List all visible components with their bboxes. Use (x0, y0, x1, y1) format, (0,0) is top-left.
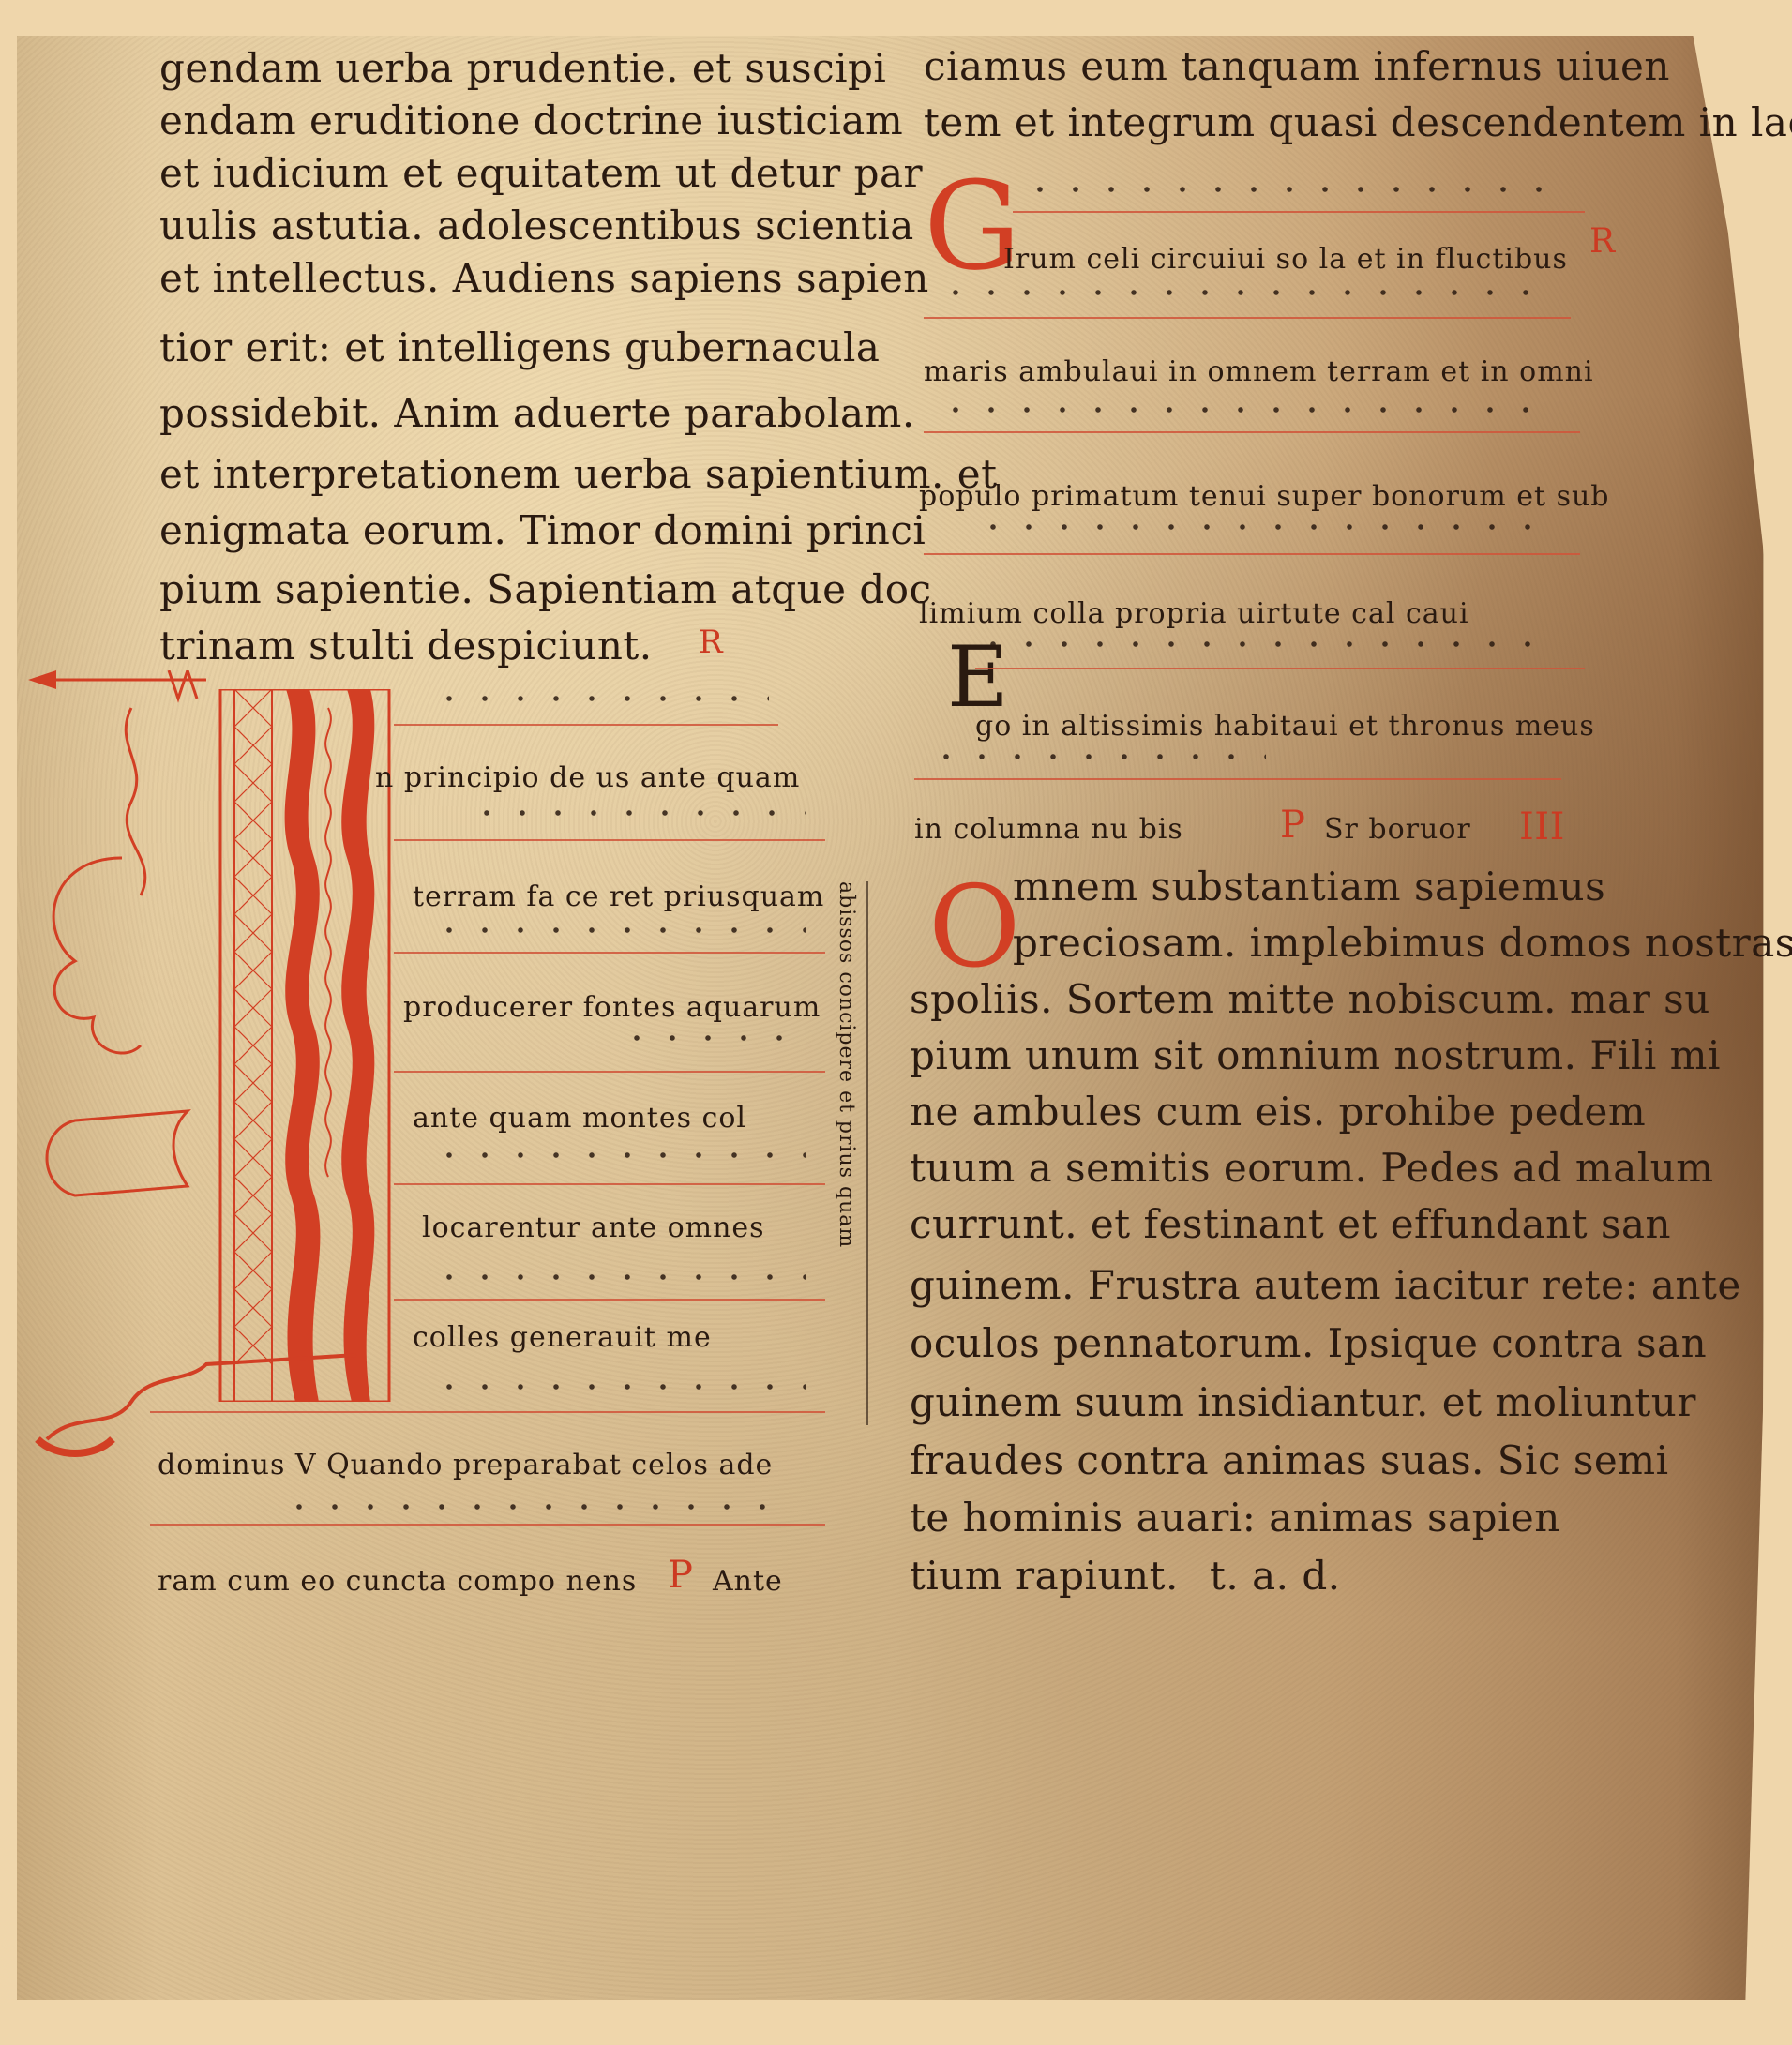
right-prose-line: te hominis auari: animas sapien (910, 1498, 1560, 1538)
right-prose-line: fraudes contra animas suas. Sic semi (910, 1441, 1669, 1481)
staff-line (975, 668, 1585, 669)
rubric-prosa-mark: P (668, 1556, 693, 1594)
left-prose-line: uulis astutia. adolescentibus scientia (159, 206, 914, 246)
right-prose-line: spoliis. Sortem mitte nobiscum. mar su (910, 980, 1710, 1019)
left-prose-line: endam eruditione doctrine iusticiam (159, 101, 903, 141)
right-prose-line: tuum a semitis eorum. Pedes ad malum (910, 1149, 1714, 1188)
right-prose-line: ne ambules cum eis. prohibe pedem (910, 1092, 1646, 1132)
chant-text-line: n principio de us ante quam (375, 764, 800, 792)
right-prose-line: tium rapiunt. (910, 1556, 1179, 1596)
staff-line (394, 952, 825, 954)
chant-text-line: in columna nu bis (914, 816, 1183, 844)
margin-note: abissos concipere et prius quam (835, 881, 858, 1248)
neumes (1022, 183, 1566, 211)
staff-line (924, 553, 1580, 555)
neumes (431, 924, 806, 952)
right-prose-line: pium unum sit omnium nostrum. Fili mi (910, 1036, 1721, 1075)
rubric-responsory-mark: R (699, 626, 723, 658)
staff-line (394, 1299, 825, 1301)
left-prose-line: tior erit: et intelligens gubernacula (159, 328, 880, 368)
left-prose-line: et interpretationem uerba sapientium. et (159, 455, 998, 494)
chant-text-line: populo primatum tenui super bonorum et s… (919, 483, 1610, 511)
staff-line (394, 839, 825, 841)
chant-text-line: ante quam montes col (413, 1105, 746, 1133)
lesson-number: III (1519, 808, 1565, 846)
staff-line (914, 778, 1561, 780)
staff-line (924, 317, 1571, 319)
neumes (975, 638, 1538, 666)
neumes (469, 806, 806, 835)
right-prose-line: ciamus eum tanquam infernus uiuen (924, 47, 1670, 86)
right-prose-line: oculos pennatorum. Ipsique contra san (910, 1324, 1707, 1363)
neumes (938, 286, 1557, 314)
neumes (431, 1149, 806, 1177)
lesson-initial-o: O (928, 863, 1020, 993)
left-prose-line: et iudicium et equitatem ut detur par (159, 154, 923, 193)
chant-text-line: terram fa ce ret priusquam (413, 883, 824, 911)
initial-flourish-ornament (19, 670, 431, 1496)
left-prose-line: enigmata eorum. Timor domini princi (159, 511, 926, 550)
neumes (431, 1380, 806, 1408)
chant-initial-g: G (924, 155, 1021, 297)
rubric-prosa-mark: P (1280, 806, 1305, 844)
cue-text: Sr boruor (1324, 816, 1471, 844)
staff-line (394, 1071, 825, 1073)
chant-text-line: limium colla propria uirtute cal caui (919, 600, 1469, 628)
right-prose-line: guinem suum insidiantur. et moliuntur (910, 1383, 1696, 1422)
chant-text-line: maris ambulaui in omnem terram et in omn… (924, 358, 1594, 386)
right-prose-line: tem et integrum quasi descendentem in la… (924, 103, 1792, 143)
neumes (928, 750, 1266, 778)
cue-text: Ante (713, 1568, 783, 1596)
left-prose-line: et intellectus. Audiens sapiens sapien (159, 259, 929, 298)
staff-line (150, 1411, 825, 1413)
right-prose-line: mnem substantiam sapiemus (1013, 867, 1605, 907)
staff-line (394, 724, 778, 726)
neumes (431, 1271, 806, 1299)
neumes (431, 692, 769, 720)
neumes (619, 1031, 806, 1060)
staff-line (1013, 211, 1585, 213)
chant-text-line: Irum celi circuiui so la et in fluctibus (1003, 246, 1568, 274)
chant-text-line: producerer fontes aquarum (403, 994, 821, 1022)
staff-line (924, 431, 1580, 433)
right-prose-line: preciosam. implebimus domos nostras (1013, 924, 1792, 963)
rubric-responsory-mark: R (1589, 225, 1616, 259)
chant-text-line: go in altissimis habitaui et thronus meu… (975, 713, 1595, 741)
chant-text-line: ram cum eo cuncta compo nens (158, 1568, 637, 1596)
staff-line (394, 1183, 825, 1185)
left-prose-line: possidebit. Anim aduerte parabolam. (159, 394, 915, 433)
left-prose-line: pium sapientie. Sapientiam atque doc (159, 570, 932, 609)
left-prose-line: gendam uerba prudentie. et suscipi (159, 49, 886, 88)
chant-text-line: dominus V Quando preparabat celos ade (158, 1451, 773, 1480)
neumes (281, 1500, 769, 1528)
chant-text-line: locarentur ante omnes (422, 1214, 765, 1242)
column-divider (866, 881, 868, 1425)
closing-cue: t. a. d. (1210, 1556, 1341, 1596)
neumes (975, 520, 1557, 549)
neumes (938, 403, 1557, 431)
chant-text-line: colles generauit me (413, 1324, 712, 1352)
right-prose-line: currunt. et festinant et effundant san (910, 1205, 1671, 1244)
left-prose-line: trinam stulti despiciunt. (159, 626, 653, 666)
right-prose-line: guinem. Frustra autem iacitur rete: ante (910, 1266, 1741, 1305)
